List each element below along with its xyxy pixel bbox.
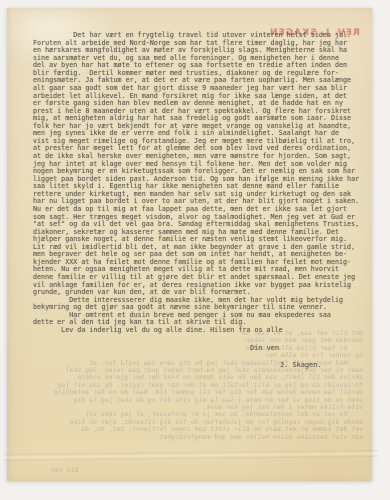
signature-name: J. Skagen. [280,361,322,369]
letter-paper: REV. J. SKAGEN det blir vel saa, at vi f… [7,8,372,481]
signature-closing: Din ven [250,344,279,352]
letter-line: Lev da inderlig vel du og alle dine. Hil… [33,327,367,335]
bleedthrough-block: det blir vel saa, at vi faar sehvordan d… [33,330,363,441]
fold-crease [3,450,378,461]
letter-body: Det har vært en frygtelig travel tid uto… [33,32,367,335]
bleedthrough-line: kan vist beskikke disse helles med god m… [33,434,363,441]
bleedthrough-closing: Din ven [51,466,78,474]
scan-background: REV. J. SKAGEN det blir vel saa, at vi f… [0,0,390,500]
